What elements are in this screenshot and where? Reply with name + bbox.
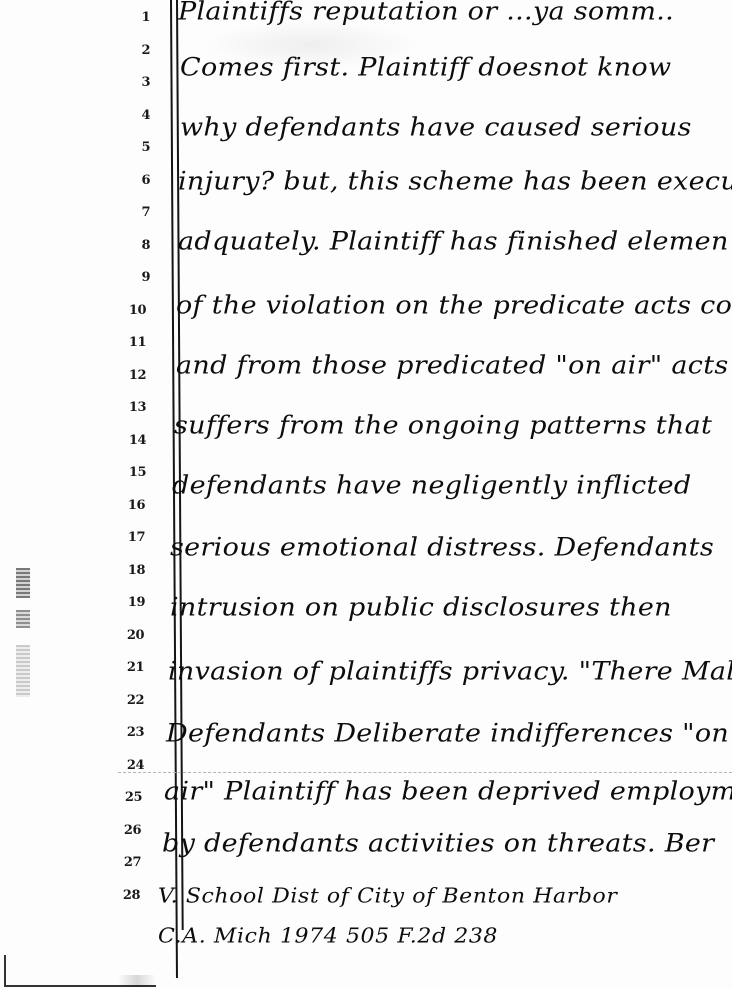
line-number: 2 — [120, 43, 150, 58]
handwritten-line: Defendants Deliberate indifferences "on — [166, 719, 729, 748]
line-number: 3 — [120, 75, 150, 90]
handwritten-line: intrusion on public disclosures then — [170, 593, 672, 622]
line-number: 17 — [115, 530, 145, 545]
line-number: 14 — [116, 433, 146, 448]
handwritten-line: defendants have negligently inflicted — [172, 471, 692, 500]
line-number: 25 — [112, 790, 142, 805]
handwritten-line: by defendants activities on threats. Ber — [162, 829, 714, 858]
scan-artifact — [16, 568, 30, 598]
line-number: 15 — [116, 465, 146, 480]
line-number: 11 — [116, 335, 146, 350]
line-number: 4 — [120, 108, 150, 123]
handwritten-line: injury? but, this scheme has been execut… — [178, 167, 732, 196]
line-number: 23 — [114, 725, 144, 740]
line-number: 22 — [114, 693, 144, 708]
line-number: 1 — [120, 10, 150, 25]
line-number: 9 — [120, 270, 150, 285]
line-number: 28 — [110, 888, 140, 903]
line-number: 19 — [115, 595, 145, 610]
handwritten-line: adquately. Plaintiff has finished elemen — [178, 227, 729, 256]
line-number: 13 — [116, 400, 146, 415]
citation-line: V. School Dist of City of Benton Harbor — [158, 885, 617, 909]
line-number: 5 — [120, 140, 150, 155]
line-number: 16 — [115, 498, 145, 513]
line-number: 8 — [120, 238, 150, 253]
scan-shadow — [118, 975, 156, 987]
handwritten-line: Comes first. Plaintiff doesnot know — [180, 53, 671, 82]
handwritten-line: serious emotional distress. Defendants — [170, 533, 714, 562]
handwritten-line: air" Plaintiff has been deprived employm… — [164, 777, 732, 806]
line-number: 6 — [120, 173, 150, 188]
line-number: 27 — [111, 855, 141, 870]
citation-line: C.A. Mich 1974 505 F.2d 238 — [158, 925, 498, 949]
scan-artifact — [16, 610, 30, 628]
scanned-page: 1234567891011121314151617181920212223242… — [0, 0, 732, 989]
line-number: 26 — [111, 823, 141, 838]
scan-artifact — [16, 645, 30, 697]
dashed-fold-line — [118, 772, 732, 773]
line-number: 10 — [116, 303, 146, 318]
line-number: 7 — [120, 205, 150, 220]
handwritten-line: Plaintiffs reputation or ...ya somm.. — [178, 0, 674, 26]
handwritten-line: of the violation on the predicate acts c… — [176, 291, 732, 320]
line-number: 21 — [114, 660, 144, 675]
handwritten-line: invasion of plaintiffs privacy. "There M… — [168, 657, 732, 686]
line-number: 18 — [115, 563, 145, 578]
handwritten-line: and from those predicated "on air" acts … — [176, 351, 732, 380]
line-number: 24 — [114, 758, 144, 773]
handwritten-line: why defendants have caused serious — [180, 113, 692, 142]
line-number: 20 — [114, 628, 144, 643]
handwritten-line: suffers from the ongoing patterns that — [174, 411, 712, 440]
line-number: 12 — [116, 368, 146, 383]
